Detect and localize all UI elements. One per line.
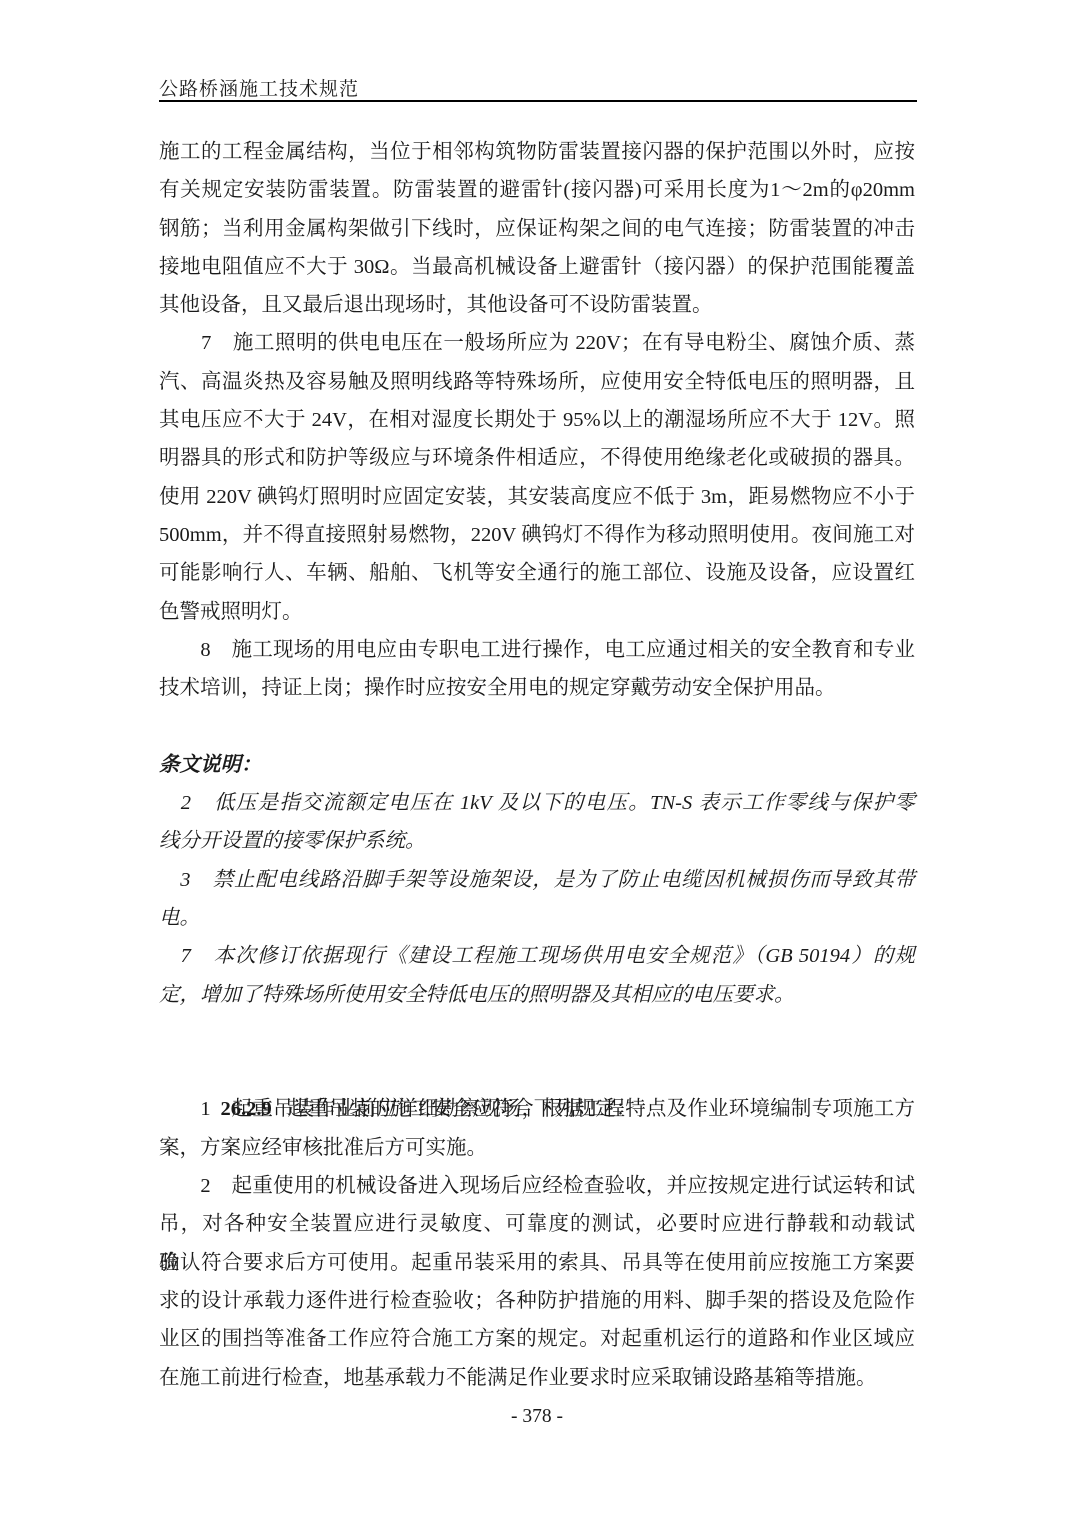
text-line: 7 施工照明的供电电压在一般场所应为 220V；在有导电粉尘、腐蚀介质、蒸	[159, 324, 915, 362]
section-paragraphs: 1 起重吊装作业前应详细勘察现场，根据工程特点及作业环境编制专项施工方案，方案应…	[159, 1090, 915, 1396]
text-line: 吊，对各种安全装置应进行灵敏度、可靠度的测试，必要时应进行静载和动载试验，	[159, 1205, 915, 1243]
text-line: 技术培训，持证上岗；操作时应按安全用电的规定穿戴劳动安全保护用品。	[159, 669, 915, 707]
text-line: 可能影响行人、车辆、船舶、飞机等安全通行的施工部位、设施及设备，应设置红	[159, 554, 915, 592]
page-number: - 378 -	[511, 1406, 563, 1427]
notes-label: 条文说明：	[159, 746, 915, 784]
document-page: 公路桥涵施工技术规范 施工的工程金属结构，当位于相邻构筑物防雷装置接闪器的保护范…	[0, 0, 1074, 1520]
text-line: 2 起重使用的机械设备进入现场后应经检查验收，并应按规定进行试运转和试	[159, 1167, 915, 1205]
text-line: 3 禁止配电线路沿脚手架等设施架设，是为了防止电缆因机械损伤而导致其带	[159, 861, 915, 899]
text-line: 案，方案应经审核批准后方可实施。	[159, 1129, 915, 1167]
text-line: 在施工前进行检查，地基承载力不能满足作业要求时应采取铺设路基箱等措施。	[159, 1359, 915, 1397]
text-line: 其电压应不大于 24V，在相对湿度长期处于 95%以上的潮湿场所应不大于 12V…	[159, 401, 915, 439]
text-line: 定，增加了特殊场所使用安全特低电压的照明器及其相应的电压要求。	[159, 976, 915, 1014]
blank-line	[159, 707, 915, 745]
text-line: 8 施工现场的用电应由专职电工进行操作，电工应通过相关的安全教育和专业	[159, 631, 915, 669]
text-line: 汽、高温炎热及容易触及照明线路等特殊场所，应使用安全特低电压的照明器，且	[159, 363, 915, 401]
text-line: 钢筋；当利用金属构架做引下线时，应保证构架之间的电气连接；防雷装置的冲击	[159, 210, 915, 248]
text-line: 业区的围挡等准备工作应符合施工方案的规定。对起重机运行的道路和作业区域应	[159, 1320, 915, 1358]
text-line: 电。	[159, 899, 915, 937]
page-header-title: 公路桥涵施工技术规范	[159, 74, 359, 101]
text-line: 求的设计承载力逐件进行检查验收；各种防护措施的用料、脚手架的搭设及危险作	[159, 1282, 915, 1320]
notes-paragraphs: 2 低压是指交流额定电压在 1kV 及以下的电压。TN-S 表示工作零线与保护零…	[159, 784, 915, 1014]
section-26-2-9: 26.2.9起重吊装的施工安全应符合下列规定： 1 起重吊装作业前应详细勘察现场…	[159, 1052, 915, 1397]
document-content: 施工的工程金属结构，当位于相邻构筑物防雷装置接闪器的保护范围以外时，应按有关规定…	[159, 133, 915, 1397]
blank-line	[159, 1014, 915, 1052]
text-line: 其他设备，且又最后退出现场时，其他设备可不设防雷装置。	[159, 286, 915, 324]
text-line: 确认符合要求后方可使用。起重吊装采用的索具、吊具等在使用前应按施工方案要	[159, 1244, 915, 1282]
text-line: 使用 220V 碘钨灯照明时应固定安装，其安装高度应不低于 3m，距易燃物应不小…	[159, 478, 915, 516]
text-line: 1 起重吊装作业前应详细勘察现场，根据工程特点及作业环境编制专项施工方	[159, 1090, 915, 1128]
body-paragraphs: 施工的工程金属结构，当位于相邻构筑物防雷装置接闪器的保护范围以外时，应按有关规定…	[159, 133, 915, 707]
text-line: 500mm，并不得直接照射易燃物，220V 碘钨灯不得作为移动照明使用。夜间施工…	[159, 516, 915, 554]
text-line: 2 低压是指交流额定电压在 1kV 及以下的电压。TN-S 表示工作零线与保护零	[159, 784, 915, 822]
text-line: 7 本次修订依据现行《建设工程施工现场供用电安全规范》（GB 50194）的规	[159, 937, 915, 975]
page-footer: - 378 -	[159, 1406, 915, 1428]
text-line: 线分开设置的接零保护系统。	[159, 822, 915, 860]
text-line: 色警戒照明灯。	[159, 593, 915, 631]
text-line: 接地电阻值应不大于 30Ω。当最高机械设备上避雷针（接闪器）的保护范围能覆盖	[159, 248, 915, 286]
notes-section: 条文说明： 2 低压是指交流额定电压在 1kV 及以下的电压。TN-S 表示工作…	[159, 746, 915, 1014]
text-line: 施工的工程金属结构，当位于相邻构筑物防雷装置接闪器的保护范围以外时，应按	[159, 133, 915, 171]
section-heading: 26.2.9起重吊装的施工安全应符合下列规定：	[159, 1052, 915, 1090]
header-rule	[159, 100, 917, 102]
text-line: 有关规定安装防雷装置。防雷装置的避雷针(接闪器)可采用长度为1～2m的φ20mm	[159, 171, 915, 209]
text-line: 明器具的形式和防护等级应与环境条件相适应，不得使用绝缘老化或破损的器具。	[159, 439, 915, 477]
